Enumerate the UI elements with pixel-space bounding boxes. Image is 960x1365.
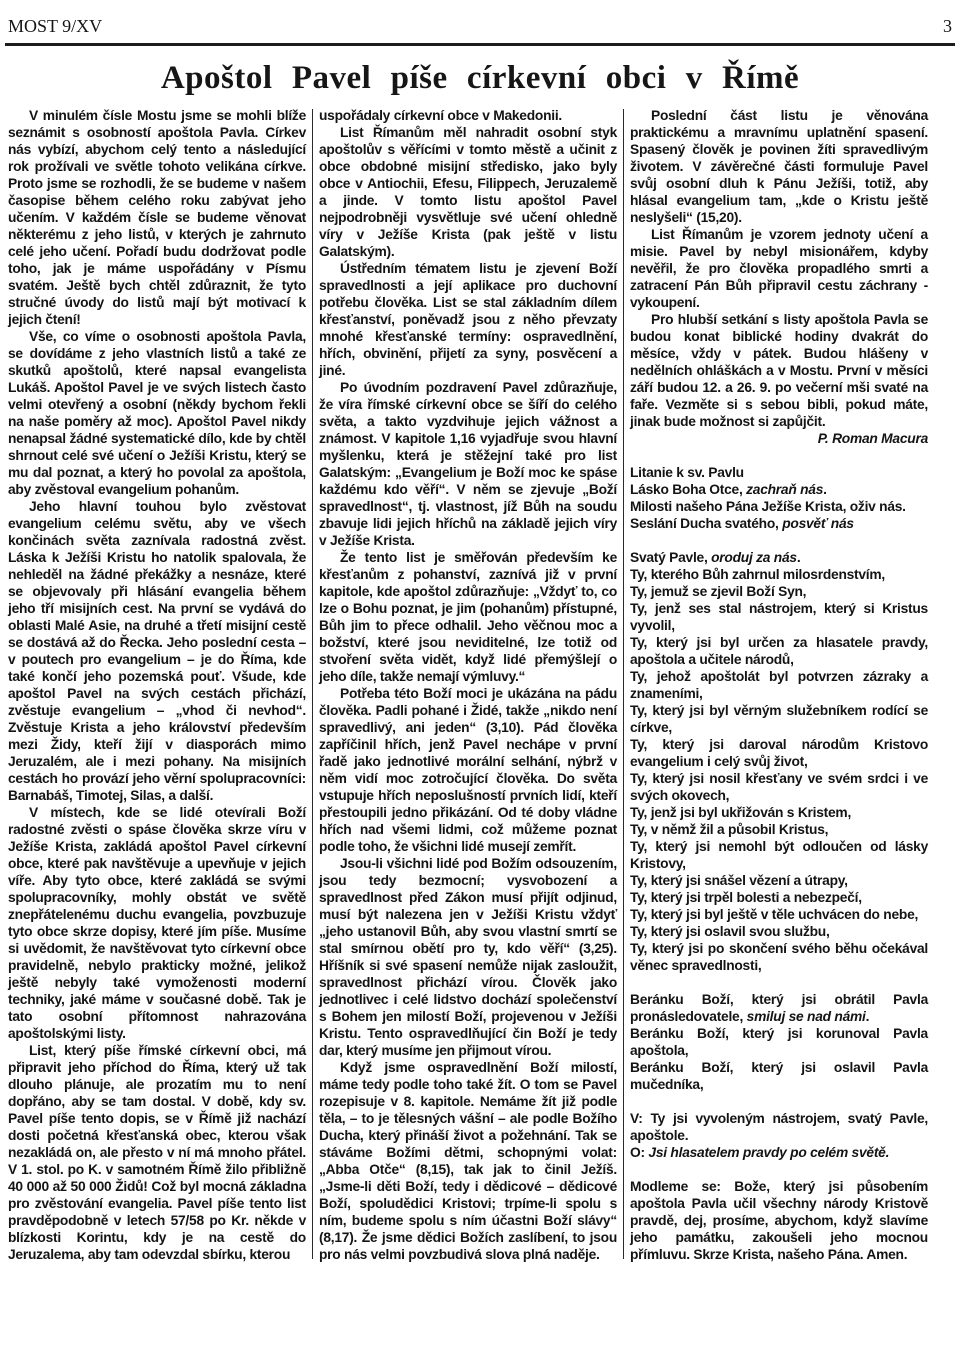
body-text: List Římanům je vzorem jednoty učení a m… <box>630 227 928 310</box>
column: uspořádaly církevní obce v Makedonii.Lis… <box>319 107 617 1263</box>
paragraph: Seslání Ducha svatého, posvěť nás <box>630 515 928 532</box>
body-text: Beránku Boží, který jsi korunoval Pavla … <box>630 1026 928 1058</box>
body-text: Po úvodním pozdravení Pavel zdůrazňuje, … <box>319 380 617 548</box>
column: V minulém čísle Mostu jsme se mohli blíž… <box>8 107 306 1263</box>
body-text: V minulém čísle Mostu jsme se mohli blíž… <box>8 108 306 327</box>
paragraph: Ty, jenž jsi byl ukřižován s Kristem, <box>630 804 928 821</box>
emphasized-text: Jsi hlasatelem pravdy po celém světě. <box>648 1145 889 1160</box>
body-text: Ty, který jsi daroval národům Kristovo e… <box>630 737 928 769</box>
body-text: V místech, kde se lidé otevírali Boží ra… <box>8 805 306 1041</box>
body-text: Ty, jemuž se zjevil Boží Syn, <box>630 584 806 599</box>
paragraph: Ty, který jsi byl určen za hlasatele pra… <box>630 634 928 668</box>
body-text: Lásko Boha Otce, <box>630 482 746 497</box>
body-text: Beránku Boží, který jsi oslavil Pavla mu… <box>630 1060 928 1092</box>
paragraph: Pro hlubší setkání s listy apoštola Pavl… <box>630 311 928 430</box>
paragraph: Ty, který jsi trpěl bolesti a nebezpečí, <box>630 889 928 906</box>
body-text: Poslední část listu je věnována praktick… <box>630 108 928 225</box>
body-text: Ty, jenž ses stal nástrojem, který si Kr… <box>630 601 928 633</box>
header-rule <box>5 43 955 46</box>
body-text: Ty, který jsi oslavil svou službu, <box>630 924 830 939</box>
paragraph: Ty, který jsi byl věrným služebníkem rod… <box>630 702 928 736</box>
body-text: Modleme se: Bože, který jsi působením ap… <box>630 1179 928 1262</box>
paragraph: Ty, kterého Bůh zahrnul milosrdenstvím, <box>630 566 928 583</box>
paragraph: Beránku Boží, který jsi oslavil Pavla mu… <box>630 1059 928 1093</box>
paragraph: O: Jsi hlasatelem pravdy po celém světě. <box>630 1144 928 1161</box>
body-text: Ty, který jsi nemohl být odloučen od lás… <box>630 839 928 871</box>
paragraph: Litanie k sv. Pavlu <box>630 464 928 481</box>
paragraph: Ty, který jsi po skončení svého běhu oče… <box>630 940 928 974</box>
paragraph: Ty, který jsi nemohl být odloučen od lás… <box>630 838 928 872</box>
body-text: List, který píše římské církevní obci, m… <box>8 1043 306 1262</box>
page-number: 3 <box>943 16 952 37</box>
body-text: Vše, co víme o osobnosti apoštola Pavla,… <box>8 329 306 497</box>
column-divider <box>623 109 624 1259</box>
article-title: Apoštol Pavel píše církevní obci v Římě <box>0 60 960 97</box>
paragraph: P. Roman Macura <box>630 430 928 447</box>
body-text: List Římanům měl nahradit osobní styk ap… <box>319 125 617 259</box>
body-text: Že tento list je směřován především ke k… <box>319 550 617 684</box>
body-text: . <box>866 1009 870 1024</box>
paragraph: Poslední část listu je věnována praktick… <box>630 107 928 226</box>
paragraph: Ty, jehož apoštolát byl potvrzen zázraky… <box>630 668 928 702</box>
paragraph: Když jsme ospravedlnění Boží milostí, má… <box>319 1059 617 1263</box>
emphasized-text: zachraň nás <box>746 482 823 497</box>
paragraph: V: Ty jsi vyvoleným nástrojem, svatý Pav… <box>630 1110 928 1144</box>
emphasized-text: P. Roman Macura <box>818 431 928 446</box>
page-header: MOST 9/XV 3 <box>0 0 960 41</box>
body-text: Jeho hlavní touhou bylo zvěstovat evange… <box>8 499 306 803</box>
body-text: Ty, jenž jsi byl ukřižován s Kristem, <box>630 805 851 820</box>
body-text: O: <box>630 1145 648 1160</box>
paragraph: Že tento list je směřován především ke k… <box>319 549 617 685</box>
emphasized-text: posvěť nás <box>782 516 854 531</box>
paragraph: Potřeba této Boží moci je ukázána na pád… <box>319 685 617 855</box>
body-text: Ústředním tématem listu je zjevení Boží … <box>319 261 617 378</box>
emphasized-text: smiluj se nad námi <box>747 1009 866 1024</box>
paragraph: Jeho hlavní touhou bylo zvěstovat evange… <box>8 498 306 804</box>
body-text: Pro hlubší setkání s listy apoštola Pavl… <box>630 312 928 429</box>
paragraph: Ty, který jsi byl ještě v těle uchvácen … <box>630 906 928 923</box>
body-text: Ty, který jsi byl ještě v těle uchvácen … <box>630 907 918 922</box>
body-text: Ty, který jsi byl určen za hlasatele pra… <box>630 635 928 667</box>
body-text: Ty, jehož apoštolát byl potvrzen zázraky… <box>630 669 928 701</box>
paragraph: Lásko Boha Otce, zachraň nás. <box>630 481 928 498</box>
paragraph: Ty, v němž žil a působil Kristus, <box>630 821 928 838</box>
paragraph: Ty, jenž ses stal nástrojem, který si Kr… <box>630 600 928 634</box>
body-text: Ty, v němž žil a působil Kristus, <box>630 822 828 837</box>
paragraph: Milosti našeho Pána Ježíše Krista, oživ … <box>630 498 928 515</box>
paragraph: Jsou-li všichni lidé pod Božím odsouzení… <box>319 855 617 1059</box>
paragraph: V minulém čísle Mostu jsme se mohli blíž… <box>8 107 306 328</box>
paragraph: Ty, který jsi oslavil svou službu, <box>630 923 928 940</box>
paragraph: List, který píše římské církevní obci, m… <box>8 1042 306 1263</box>
paragraph: Ústředním tématem listu je zjevení Boží … <box>319 260 617 379</box>
body-text: V: Ty jsi vyvoleným nástrojem, svatý Pav… <box>630 1111 928 1143</box>
body-text: Litanie k sv. Pavlu <box>630 465 744 480</box>
body-text: Když jsme ospravedlnění Boží milostí, má… <box>319 1060 617 1262</box>
paragraph: Beránku Boží, který jsi obrátil Pavla pr… <box>630 991 928 1025</box>
body-text: Ty, který jsi nosil křesťany ve svém srd… <box>630 771 928 803</box>
body-text: Seslání Ducha svatého, <box>630 516 782 531</box>
body-text: Milosti našeho Pána Ježíše Krista, oživ … <box>630 499 906 514</box>
emphasized-text: oroduj za nás <box>711 550 797 565</box>
column-divider <box>312 109 313 1259</box>
body-text: Ty, který jsi po skončení svého běhu oče… <box>630 941 928 973</box>
body-text: . <box>797 550 801 565</box>
body-text: Ty, kterého Bůh zahrnul milosrdenstvím, <box>630 567 885 582</box>
paragraph: List Římanům je vzorem jednoty učení a m… <box>630 226 928 311</box>
paragraph: Po úvodním pozdravení Pavel zdůrazňuje, … <box>319 379 617 549</box>
body-text: Ty, který jsi trpěl bolesti a nebezpečí, <box>630 890 862 905</box>
paragraph: Beránku Boží, který jsi korunoval Pavla … <box>630 1025 928 1059</box>
body-text: uspořádaly církevní obce v Makedonii. <box>319 108 562 123</box>
article-columns: V minulém čísle Mostu jsme se mohli blíž… <box>0 107 960 1263</box>
newsletter-page: MOST 9/XV 3 Apoštol Pavel píše církevní … <box>0 0 960 1365</box>
issue-label: MOST 9/XV <box>8 16 102 37</box>
body-text: Ty, který jsi byl věrným služebníkem rod… <box>630 703 928 735</box>
paragraph: uspořádaly církevní obce v Makedonii. <box>319 107 617 124</box>
paragraph: Ty, jemuž se zjevil Boží Syn, <box>630 583 928 600</box>
paragraph: Ty, který jsi nosil křesťany ve svém srd… <box>630 770 928 804</box>
paragraph: Ty, který jsi snášel vězení a útrapy, <box>630 872 928 889</box>
body-text: Svatý Pavle, <box>630 550 711 565</box>
body-text: Ty, který jsi snášel vězení a útrapy, <box>630 873 848 888</box>
paragraph: V místech, kde se lidé otevírali Boží ra… <box>8 804 306 1042</box>
body-text: . <box>823 482 827 497</box>
paragraph: Ty, který jsi daroval národům Kristovo e… <box>630 736 928 770</box>
paragraph: List Římanům měl nahradit osobní styk ap… <box>319 124 617 260</box>
paragraph: Svatý Pavle, oroduj za nás. <box>630 549 928 566</box>
paragraph: Modleme se: Bože, který jsi působením ap… <box>630 1178 928 1263</box>
column: Poslední část listu je věnována praktick… <box>630 107 928 1263</box>
body-text: Potřeba této Boží moci je ukázána na pád… <box>319 686 617 854</box>
body-text: Jsou-li všichni lidé pod Božím odsouzení… <box>319 856 617 1058</box>
paragraph: Vše, co víme o osobnosti apoštola Pavla,… <box>8 328 306 498</box>
